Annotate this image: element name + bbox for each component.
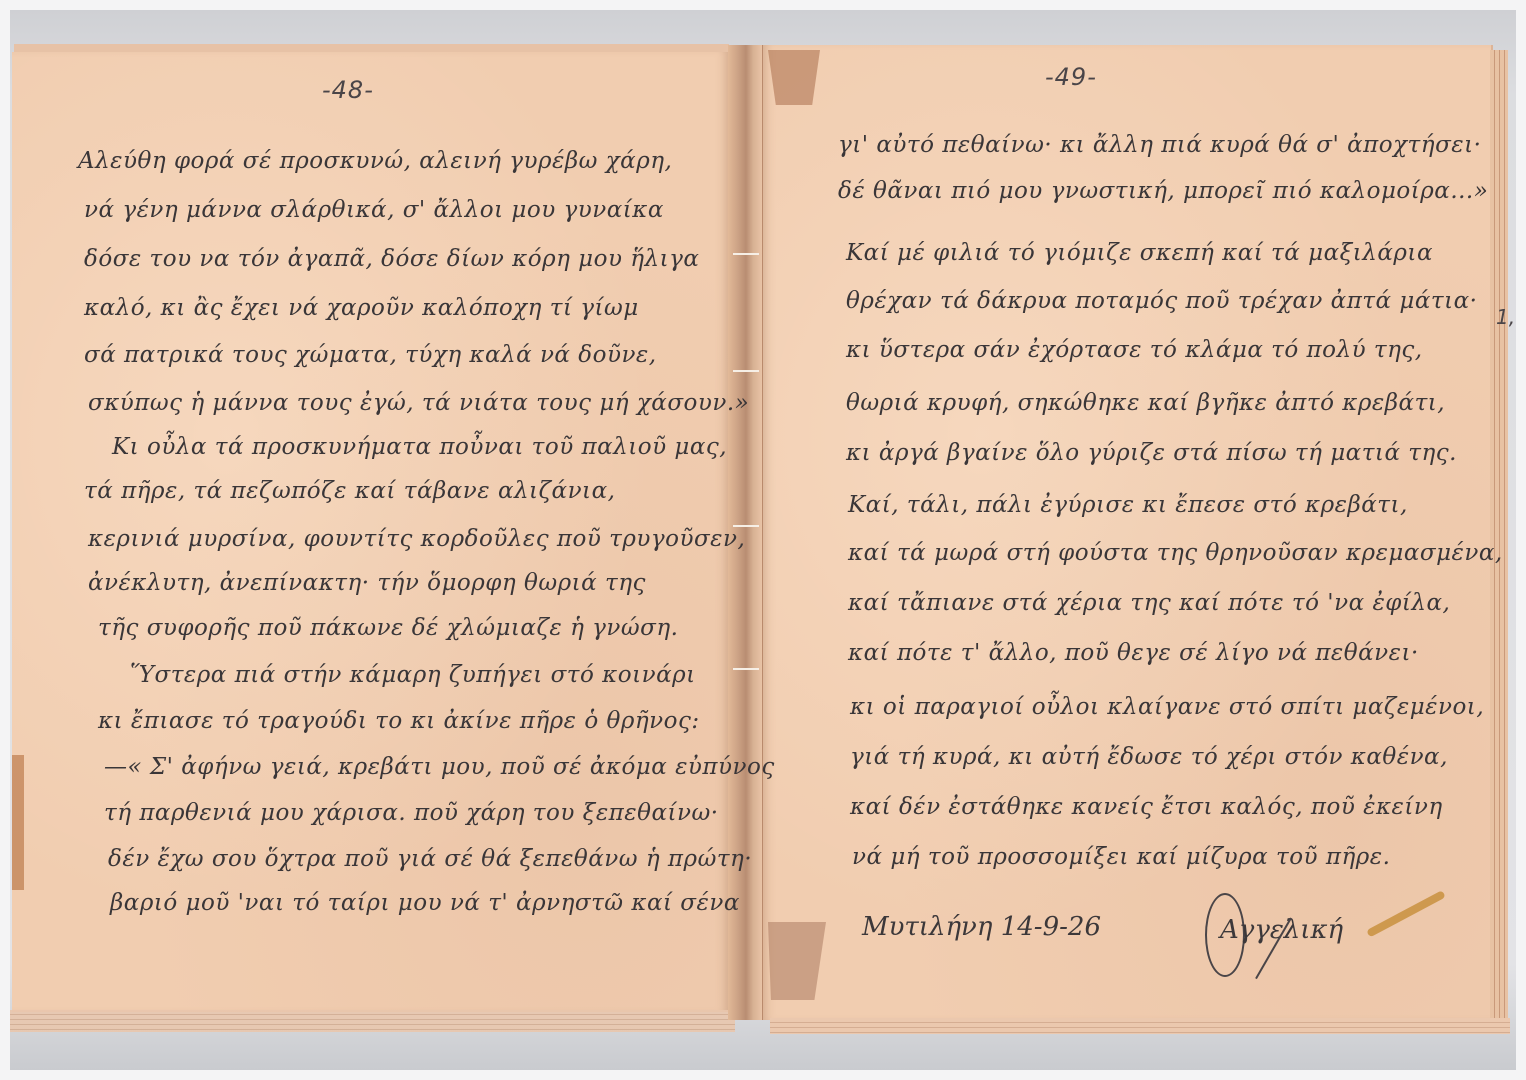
text-line: κι ἔπιασε τό τραγούδι το κι ἀκίνε πῆρε ὁ… xyxy=(98,708,700,734)
text-line: Ὕστερα πιά στήν κάμαρη ζυπήγει στό κοινά… xyxy=(130,662,696,688)
text-line: δέ θᾶναι πιό μου γνωστική, μπορεῖ πιό κα… xyxy=(838,178,1488,204)
text-line: δέν ἔχω σου ὅχτρα ποῦ γιά σέ θά ξεπεθάνω… xyxy=(108,846,752,872)
text-line: δόσε του να τόν ἀγαπᾶ, δόσε δίων κόρη μο… xyxy=(84,246,699,272)
text-line: —« Σ' ἀφήνω γειά, κρεβάτι μου, ποῦ σέ ἀκ… xyxy=(104,754,775,780)
text-line: ἀνέκλυτη, ἀνεπίνακτη· τήν ὅμορφη θωριά τ… xyxy=(88,570,646,596)
page-stack-left-edge xyxy=(10,1010,735,1032)
text-line: βαριό μοῦ 'ναι τό ταίρι μου νά τ' ἀρνηστ… xyxy=(110,890,740,916)
margin-mark: 1, xyxy=(1496,305,1515,329)
binding-stitch xyxy=(733,668,759,670)
tape-stain-top xyxy=(768,50,820,105)
text-line: τῆς συφορῆς ποῦ πάκωνε δέ χλώμιαζε ἡ γνώ… xyxy=(98,615,678,641)
text-line: θρέχαν τά δάκρυα ποταμός ποῦ τρέχαν ἀπτά… xyxy=(846,288,1477,314)
text-line: τή παρθενιά μου χάρισα. ποῦ χάρη του ξεπ… xyxy=(104,800,719,826)
text-line: Κι οὖλα τά προσκυνήματα ποὖναι τοῦ παλιο… xyxy=(112,434,727,460)
text-line: καί τά μωρά στή φούστα της θρηνοῦσαν κρε… xyxy=(848,540,1503,566)
text-line: νά μή τοῦ προσσομίξει καί μίζυρα τοῦ πῆρ… xyxy=(852,844,1390,870)
text-line: τά πῆρε, τά πεζωπόζε καί τάβανε αλιζάνια… xyxy=(84,478,615,504)
page-number-right: -49- xyxy=(1045,63,1097,91)
text-line: σά πατρικά τους χώματα, τύχη καλά νά δοῦ… xyxy=(84,342,657,368)
date-place: Μυτιλήνη 14-9-26 xyxy=(862,912,1101,942)
binding-stitch xyxy=(733,253,759,255)
text-line: Καί, τάλι, πάλι ἐγύρισε κι ἔπεσε στό κρε… xyxy=(848,492,1408,518)
text-line: νά γένη μάννα σλάρθικά, σ' ἄλλοι μου γυν… xyxy=(84,197,664,223)
text-line: θωριά κρυφή, σηκώθηκε καί βγῆκε ἀπτό κρε… xyxy=(846,390,1445,416)
edge-stain-left xyxy=(12,755,24,890)
text-line: Καί μέ φιλιά τό γιόμιζε σκεπή καί τά μαξ… xyxy=(846,240,1433,266)
text-line: γι' αὐτό πεθαίνω· κι ἄλλη πιά κυρά θά σ'… xyxy=(838,132,1481,158)
text-line: καί δέν ἐστάθηκε κανείς ἔτσι καλός, ποῦ … xyxy=(850,794,1443,820)
text-line: σκύπως ἡ μάννα τους ἐγώ, τά νιάτα τους μ… xyxy=(88,390,749,416)
text-line: κι ἀργά βγαίνε ὅλο γύριζε στά πίσω τή μα… xyxy=(846,440,1457,466)
text-line: καί πότε τ' ἄλλο, ποῦ θεγε σέ λίγο νά πε… xyxy=(848,640,1419,666)
text-line: κι ὕστερα σάν ἐχόρτασε τό κλάμα τό πολύ … xyxy=(846,337,1423,363)
page-number-left: -48- xyxy=(322,76,374,104)
text-line: Αλεύθη φορά σέ προσκυνώ, αλεινή γυρέβω χ… xyxy=(78,148,672,174)
text-line: καλό, κι ἂς ἔχει νά χαροῦν καλόποχη τί γ… xyxy=(84,295,639,321)
page-stack-bottom-edge xyxy=(770,1018,1510,1034)
text-line: κι οἱ παραγιοί οὖλοι κλαίγανε στό σπίτι … xyxy=(850,694,1484,720)
page-stack-right-edge xyxy=(1490,50,1508,1025)
text-line: κερινιά μυρσίνα, φουντίτς κορδοῦλες ποῦ … xyxy=(88,526,745,552)
text-line: γιά τή κυρά, κι αὐτή ἔδωσε τό χέρι στόν … xyxy=(850,744,1448,770)
text-line: καί τἄπιανε στά χέρια της καί πότε τό 'ν… xyxy=(848,590,1450,616)
binding-stitch xyxy=(733,370,759,372)
